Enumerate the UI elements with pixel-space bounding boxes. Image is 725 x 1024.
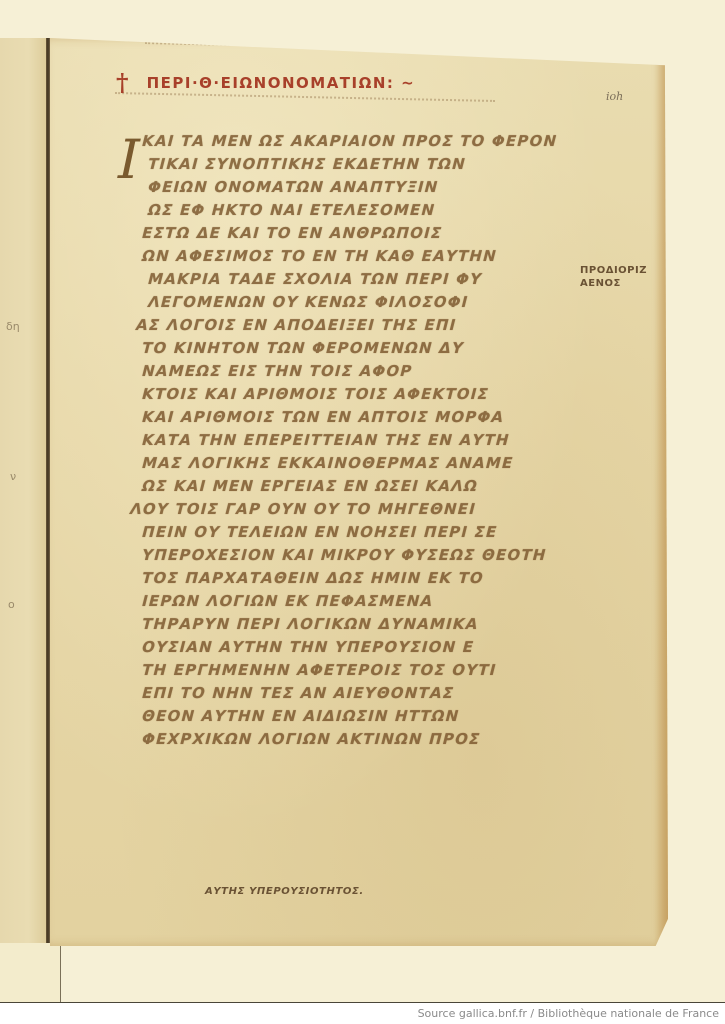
catchword: ΑΥΤΗΣ ΥΠΕΡΟΥΣΙΟΤΗΤΟΣ. — [205, 886, 364, 897]
left-margin-mark: ν — [10, 470, 16, 483]
text-line: ΑΣ ΛΟΓΟΙΣ ΕΝ ΑΠΟΔΕΙΞΕΙ ΤΗΣ ΕΠΙ — [125, 314, 601, 337]
text-line: ΕΣΤΩ ΔΕ ΚΑΙ ΤΟ ΕΝ ΑΝΘΡΩΠΟΙΣ — [125, 222, 601, 245]
text-line: ΜΑΚΡΙΑ ΤΑΔΕ ΣΧΟΛΙΑ ΤΩΝ ΠΕΡΙ ΦΥ — [125, 268, 601, 291]
margin-annotation: ΠΡΟΔΙΟΡΙΖ ΑΕΝΟΣ — [580, 264, 647, 290]
text-line: ΩΣ ΚΑΙ ΜΕΝ ΕΡΓΕΙΑΣ ΕΝ ΩΣΕΙ ΚΑΛΩ — [125, 475, 601, 498]
text-line: ΤΙΚΑΙ ΣΥΝΟΠΤΙΚΗΣ ΕΚΔΕΤΗΝ ΤΩΝ — [125, 153, 601, 176]
text-line: ΙΕΡΩΝ ΛΟΓΙΩΝ ΕΚ ΠΕΦΑΣΜΕΝΑ — [125, 590, 601, 613]
rubric-heading: † ΠΕΡΙ·Θ·ΕΙΩΝΟΝΟΜΑΤΙΩΝ: ~ — [116, 68, 415, 97]
manuscript-folio: 3 ioh † ΠΕΡΙ·Θ·ΕΙΩΝΟΝΟΜΑΤΙΩΝ: ~ Ι ΚΑΙ ΤΑ… — [50, 38, 668, 946]
text-line: ΚΑΤΑ ΤΗΝ ΕΠΕΡΕΙΤΤΕΙΑΝ ΤΗΣ ΕΝ ΑΥΤΗ — [125, 429, 601, 452]
text-line: ΚΑΙ ΤΑ ΜΕΝ ΩΣ ΑΚΑΡΙΑΙΟΝ ΠΡΟΣ ΤΟ ΦΕΡΟΝ — [125, 130, 601, 153]
left-margin-mark: ο — [8, 598, 15, 611]
text-line: ΤΗ ΕΡΓΗΜΕΝΗΝ ΑΦΕΤΕΡΟΙΣ ΤΟΣ ΟΥΤΙ — [125, 659, 601, 682]
text-line: ΛΕΓΟΜΕΝΩΝ ΟΥ ΚΕΝΩΣ ΦΙΛΟΣΟΦΙ — [125, 291, 601, 314]
text-line: ΩΝ ΑΦΕΣΙΜΟΣ ΤΟ ΕΝ ΤΗ ΚΑΘ ΕΑΥΤΗΝ — [125, 245, 601, 268]
heading-title: ΠΕΡΙ·Θ·ΕΙΩΝΟΝΟΜΑΤΙΩΝ: ~ — [147, 74, 416, 92]
text-line: ΚΤΟΙΣ ΚΑΙ ΑΡΙΘΜΟΙΣ ΤΟΙΣ ΑΦΕΚΤΟΙΣ — [125, 383, 601, 406]
document-viewer: δη ν ο 3 ioh † ΠΕΡΙ·Θ·ΕΙΩΝΟΝΟΜΑΤΙΩΝ: ~ Ι… — [0, 0, 725, 1003]
text-line: ΚΑΙ ΑΡΙΘΜΟΙΣ ΤΩΝ ΕΝ ΑΠΤΟΙΣ ΜΟΡΦΑ — [125, 406, 601, 429]
text-line: ΥΠΕΡΟΧΕΣΙΟΝ ΚΑΙ ΜΙΚΡΟΥ ΦΥΣΕΩΣ ΘΕΟΤΗ — [125, 544, 601, 567]
text-line: ΦΕΧΡΧΙΚΩΝ ΛΟΓΙΩΝ ΑΚΤΙΝΩΝ ΠΡΟΣ — [125, 728, 601, 751]
text-line: ΩΣ ΕΦ ΗΚΤΟ ΝΑΙ ΕΤΕΛΕΣΟΜΕΝ — [125, 199, 601, 222]
text-line: ΛΟΥ ΤΟΙΣ ΓΑΡ ΟΥΝ ΟΥ ΤΟ ΜΗΓΕΘΝΕΙ — [125, 498, 601, 521]
folio-number: 3 — [598, 44, 609, 65]
shelf-mark: ioh — [606, 90, 623, 103]
text-line: ΤΟΣ ΠΑΡΧΑΤΑΘΕΙΝ ΔΩΣ ΗΜΙΝ ΕΚ ΤΟ — [125, 567, 601, 590]
text-line: ΘΕΟΝ ΑΥΤΗΝ ΕΝ ΑΙΔΙΩΣΙΝ ΗΤΤΩΝ — [125, 705, 601, 728]
text-line: ΟΥΣΙΑΝ ΑΥΤΗΝ ΤΗΝ ΥΠΕΡΟΥΣΙΟΝ Ε — [125, 636, 601, 659]
offset-ink-trace — [145, 42, 525, 58]
margin-annotation-line: ΠΡΟΔΙΟΡΙΖ — [580, 264, 647, 277]
text-line: ΜΑΣ ΛΟΓΙΚΗΣ ΕΚΚΑΙΝΟΘΕΡΜΑΣ ΑΝΑΜΕ — [125, 452, 601, 475]
text-line: ΝΑΜΕΩΣ ΕΙΣ ΤΗΝ ΤΟΙΣ ΑΦΟΡ — [125, 360, 601, 383]
text-line: ΦΕΙΩΝ ΟΝΟΜΑΤΩΝ ΑΝΑΠΤΥΞΙΝ — [125, 176, 601, 199]
source-credit: Source gallica.bnf.fr / Bibliothèque nat… — [418, 1004, 719, 1024]
text-column: ΚΑΙ ΤΑ ΜΕΝ ΩΣ ΑΚΑΡΙΑΙΟΝ ΠΡΟΣ ΤΟ ΦΕΡΟΝ ΤΙ… — [128, 130, 598, 751]
text-line: ΕΠΙ ΤΟ ΝΗΝ ΤΕΣ ΑΝ ΑΙΕΥΘΟΝΤΑΣ — [125, 682, 601, 705]
left-margin-mark: δη — [6, 320, 20, 333]
binding-gutter — [46, 38, 50, 943]
left-page-edge: δη ν ο — [0, 38, 48, 943]
text-line: ΤΟ ΚΙΝΗΤΟΝ ΤΩΝ ΦΕΡΟΜΕΝΩΝ ΔΥ — [125, 337, 601, 360]
text-line: ΠΕΙΝ ΟΥ ΤΕΛΕΙΩΝ ΕΝ ΝΟΗΣΕΙ ΠΕΡΙ ΣΕ — [125, 521, 601, 544]
cross-icon: † — [116, 68, 129, 97]
text-line: ΤΗΡΑΡΥΝ ΠΕΡΙ ΛΟΓΙΚΩΝ ΔΥΝΑΜΙΚΑ — [125, 613, 601, 636]
left-page-lower-edge — [0, 943, 61, 1002]
margin-annotation-line: ΑΕΝΟΣ — [580, 277, 647, 290]
